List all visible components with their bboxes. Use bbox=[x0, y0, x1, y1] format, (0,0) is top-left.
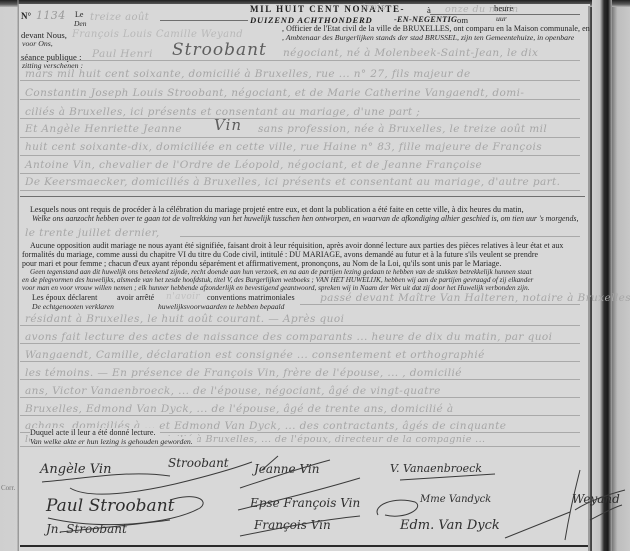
signature-flourishes bbox=[0, 0, 630, 551]
